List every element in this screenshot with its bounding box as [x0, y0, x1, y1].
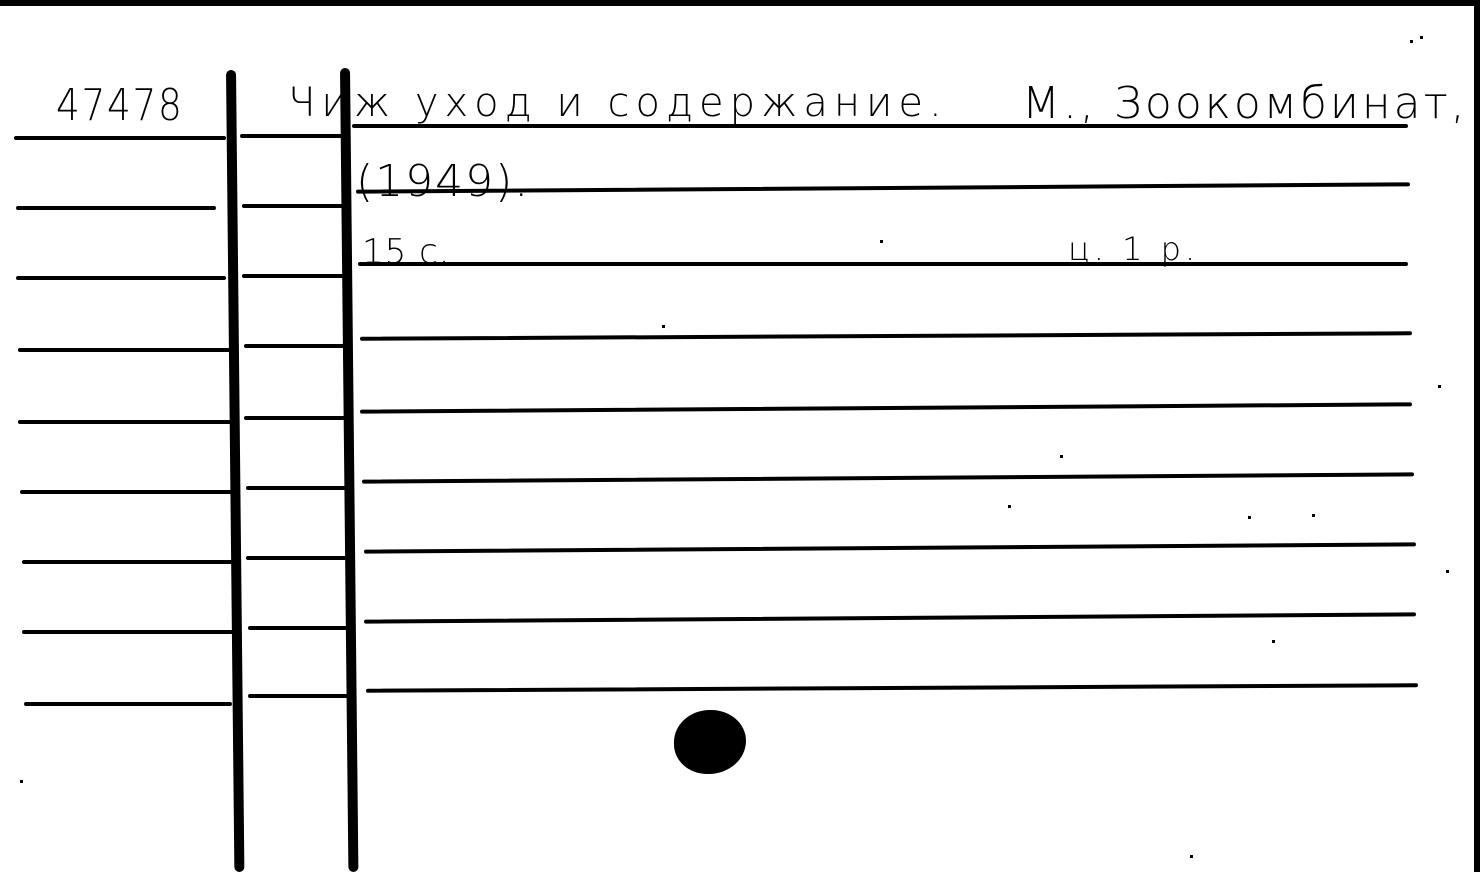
title-entry: Чиж уход и содержание. [288, 80, 948, 126]
scan-speck [1420, 36, 1423, 39]
scan-speck [1248, 516, 1251, 519]
scan-speck [1008, 505, 1011, 508]
publisher: М., Зоокомбинат, [1022, 78, 1468, 129]
ruled-line [242, 204, 346, 208]
ruled-line [240, 134, 344, 138]
ruled-line [244, 344, 348, 348]
ruled-line [20, 490, 232, 494]
scan-speck [1190, 855, 1193, 858]
ruled-line [248, 694, 348, 698]
call-number: 47478 [56, 80, 183, 131]
ruled-line [22, 630, 234, 634]
ruled-line [24, 702, 232, 706]
ruled-line [362, 472, 1414, 483]
scan-speck [1272, 640, 1275, 643]
ruled-line [366, 683, 1418, 693]
ruled-line [22, 560, 234, 564]
ruled-line [14, 136, 226, 140]
catalog-card: 47478 Чиж уход и содержание. М., Зоокомб… [0, 0, 1480, 872]
scan-speck [20, 780, 23, 783]
ruled-line [16, 206, 216, 210]
ruled-line [246, 486, 350, 490]
ruled-line [358, 262, 1408, 266]
ruled-line [244, 416, 348, 420]
scan-speck [1410, 40, 1413, 43]
ruled-line [242, 274, 346, 278]
scan-speck [1060, 455, 1063, 458]
column-rule-left [226, 70, 244, 872]
ink-blot [674, 710, 746, 774]
page-count: 15 с. [362, 232, 451, 272]
card-top-edge [0, 0, 1480, 6]
price: ц. 1 р. [1068, 230, 1199, 268]
scan-speck [662, 325, 665, 328]
ruled-line [246, 556, 350, 560]
scan-speck [880, 240, 883, 243]
ruled-line [364, 542, 1416, 553]
publication-year: (1949). [356, 156, 530, 207]
ruled-line [16, 276, 226, 280]
ruled-line [248, 626, 352, 630]
ruled-line [18, 420, 232, 424]
ruled-line [18, 348, 230, 352]
ruled-line [360, 331, 1412, 341]
scan-speck [1446, 570, 1449, 573]
card-right-edge [1474, 0, 1480, 872]
ruled-line [364, 612, 1416, 623]
scan-speck [1312, 514, 1315, 517]
ruled-line [360, 402, 1412, 413]
scan-speck [1438, 385, 1441, 388]
